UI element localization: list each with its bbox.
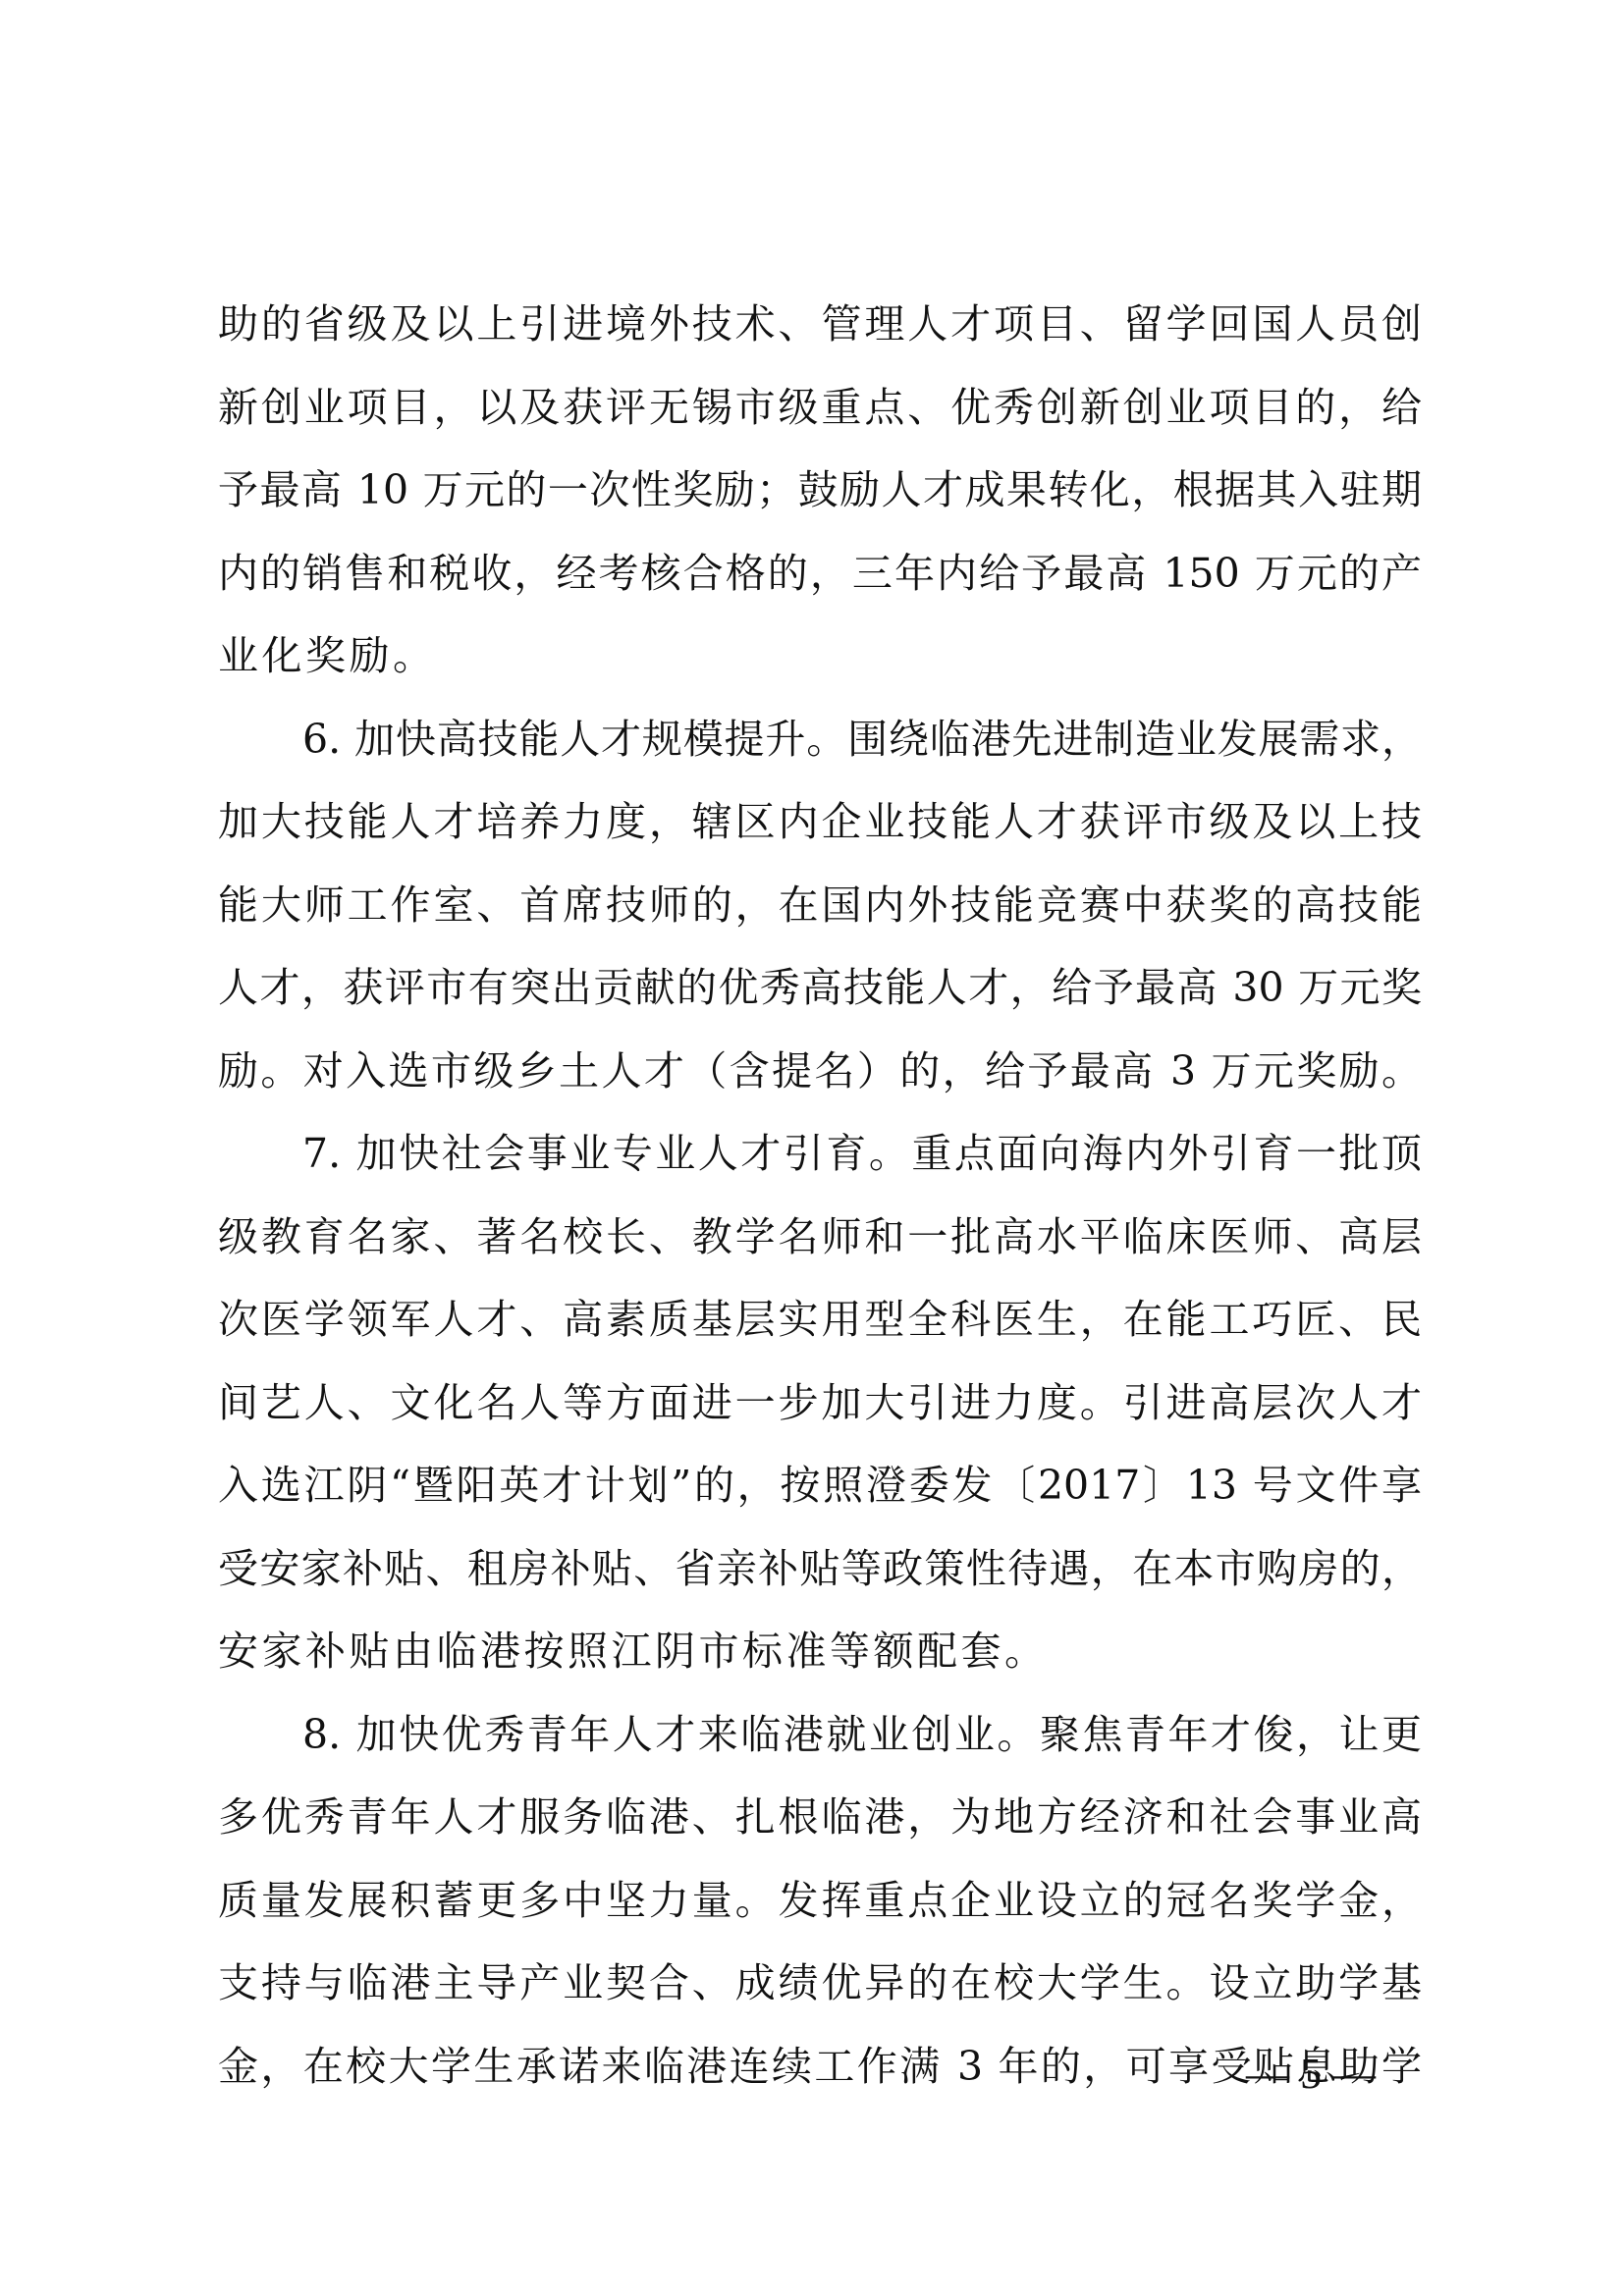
page-number: — 5 — bbox=[1208, 2050, 1414, 2099]
text-line: 人才，获评市有突出贡献的优秀高技能人才，给予最高 30 万元奖 bbox=[218, 954, 1422, 1038]
text-line: 新创业项目，以及获评无锡市级重点、优秀创新创业项目的，给 bbox=[218, 374, 1422, 457]
text-line: 入选江阴“暨阳英才计划”的，按照澄委发〔2017〕13 号文件享 bbox=[218, 1452, 1422, 1535]
text-line: 级教育名家、著名校长、教学名师和一批高水平临床医师、高层 bbox=[218, 1203, 1422, 1287]
text-line: 多优秀青年人才服务临港、扎根临港，为地方经济和社会事业高 bbox=[218, 1784, 1422, 1867]
document-body: 助的省级及以上引进境外技术、管理人才项目、留学回国人员创 新创业项目，以及获评无… bbox=[218, 291, 1422, 2115]
paragraph-item-7: 7. 加快社会事业专业人才引育。重点面向海内外引育一批顶 级教育名家、著名校长、… bbox=[218, 1120, 1422, 1701]
text-line: 业化奖励。 bbox=[218, 622, 1422, 706]
text-line: 加大技能人才培养力度，辖区内企业技能人才获评市级及以上技 bbox=[218, 788, 1422, 872]
text-line: 次医学领军人才、高素质基层实用型全科医生，在能工巧匠、民 bbox=[218, 1286, 1422, 1369]
text-line: 间艺人、文化名人等方面进一步加大引进力度。引进高层次人才 bbox=[218, 1369, 1422, 1453]
paragraph-continued: 助的省级及以上引进境外技术、管理人才项目、留学回国人员创 新创业项目，以及获评无… bbox=[218, 291, 1422, 706]
text-line: 励。对入选市级乡土人才（含提名）的，给予最高 3 万元奖励。 bbox=[218, 1038, 1422, 1121]
text-line: 予最高 10 万元的一次性奖励；鼓励人才成果转化，根据其入驻期 bbox=[218, 456, 1422, 540]
text-line: 质量发展积蓄更多中坚力量。发挥重点企业设立的冠名奖学金， bbox=[218, 1867, 1422, 1950]
text-line: 安家补贴由临港按照江阴市标准等额配套。 bbox=[218, 1618, 1422, 1701]
text-line: 8. 加快优秀青年人才来临港就业创业。聚焦青年才俊，让更 bbox=[218, 1701, 1422, 1785]
document-page: 助的省级及以上引进境外技术、管理人才项目、留学回国人员创 新创业项目，以及获评无… bbox=[0, 0, 1624, 2296]
text-line: 6. 加快高技能人才规模提升。围绕临港先进制造业发展需求， bbox=[218, 706, 1422, 789]
text-line: 助的省级及以上引进境外技术、管理人才项目、留学回国人员创 bbox=[218, 291, 1422, 374]
paragraph-item-6: 6. 加快高技能人才规模提升。围绕临港先进制造业发展需求， 加大技能人才培养力度… bbox=[218, 706, 1422, 1121]
text-line: 内的销售和税收，经考核合格的，三年内给予最高 150 万元的产 bbox=[218, 540, 1422, 623]
text-line: 7. 加快社会事业专业人才引育。重点面向海内外引育一批顶 bbox=[218, 1120, 1422, 1203]
text-line: 能大师工作室、首席技师的，在国内外技能竞赛中获奖的高技能 bbox=[218, 872, 1422, 955]
text-line: 支持与临港主导产业契合、成绩优异的在校大学生。设立助学基 bbox=[218, 1949, 1422, 2033]
text-line: 受安家补贴、租房补贴、省亲补贴等政策性待遇，在本市购房的， bbox=[218, 1535, 1422, 1619]
